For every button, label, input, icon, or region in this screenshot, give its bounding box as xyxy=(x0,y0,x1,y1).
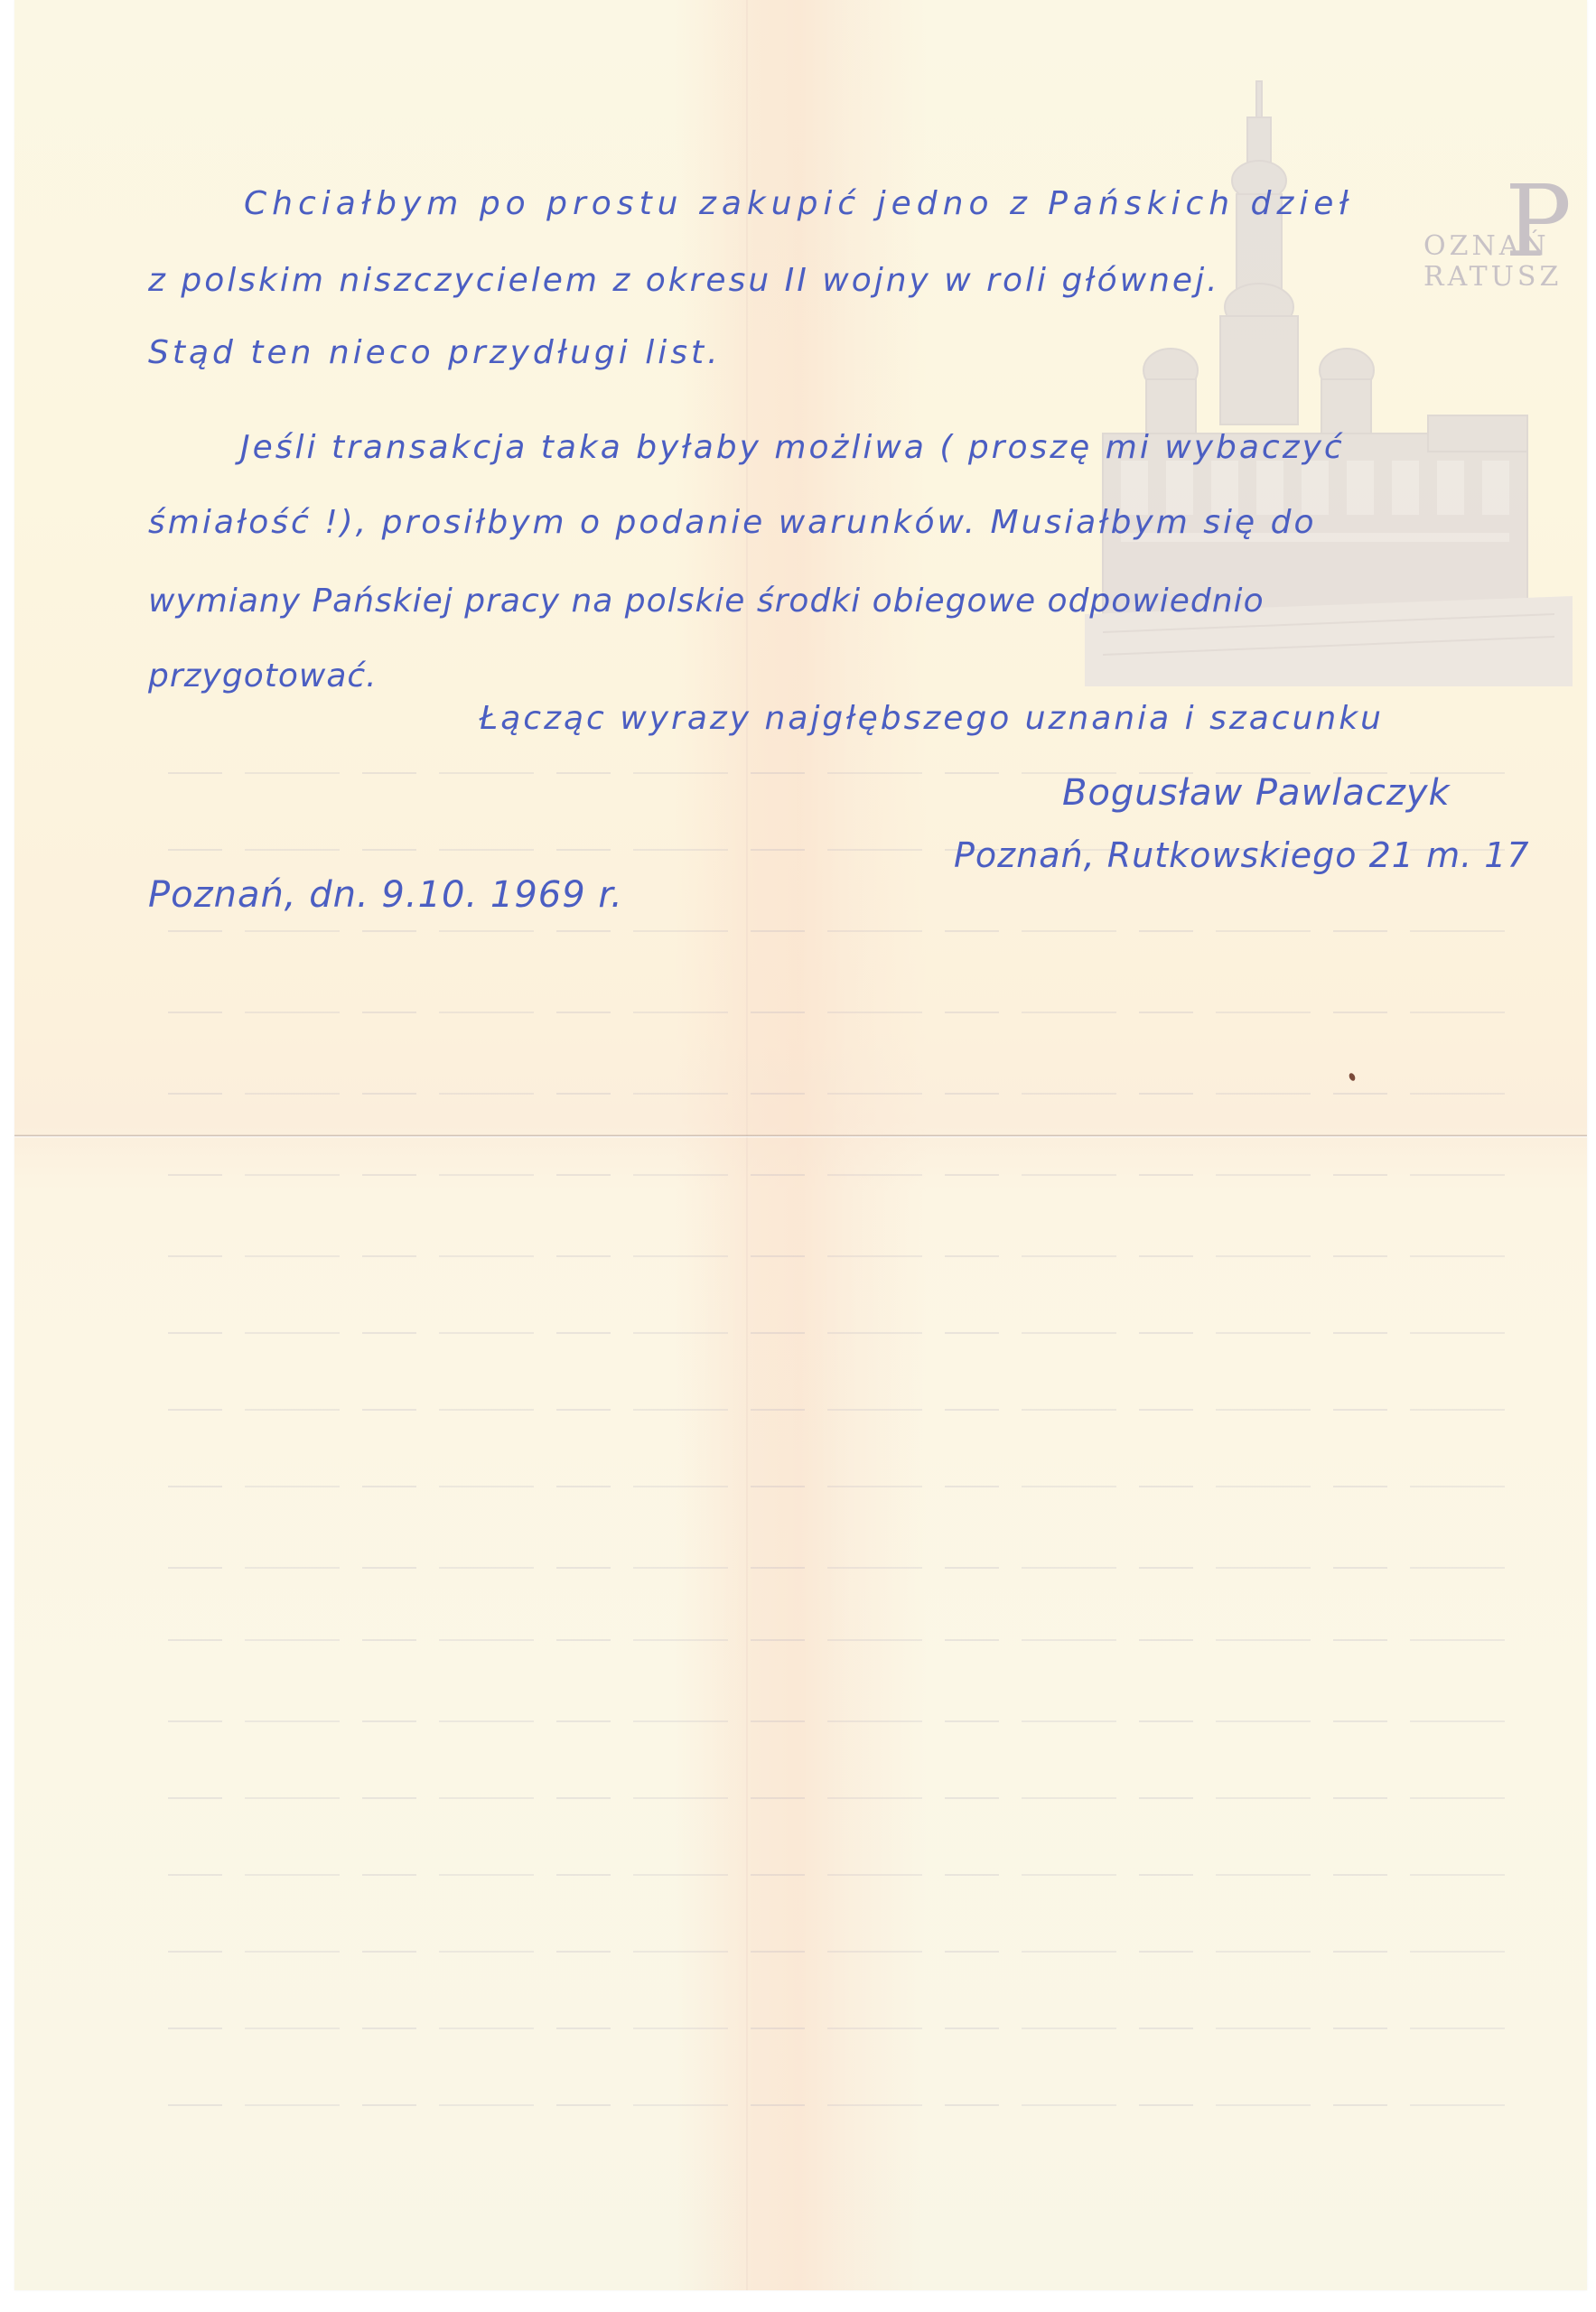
bleed-through-line xyxy=(168,930,1523,932)
bleed-through-line xyxy=(168,1567,1523,1569)
signature: Bogusław Pawlaczyk xyxy=(1062,772,1451,814)
bleed-through-line xyxy=(168,1486,1523,1487)
bleed-through-line xyxy=(168,1409,1523,1411)
sender-address: Poznań, Rutkowskiego 21 m. 17 xyxy=(954,835,1530,875)
body-line-5: śmiałość !), prosiłbym o podanie warunkó… xyxy=(148,504,1316,541)
bleed-through-line xyxy=(168,1332,1523,1334)
body-line-4: Jeśli transakcja taka byłaby możliwa ( p… xyxy=(240,429,1345,466)
body-line-1: Chciałbym po prostu zakupić jedno z Pańs… xyxy=(244,185,1354,222)
body-line-2: z polskim niszczycielem z okresu II wojn… xyxy=(148,262,1220,299)
body-line-7: przygotować. xyxy=(148,657,378,695)
bleed-through-line xyxy=(168,1720,1523,1722)
bleed-through-line xyxy=(168,1874,1523,1876)
bleed-through-line xyxy=(168,1255,1523,1257)
date-line: Poznań, dn. 9.10. 1969 r. xyxy=(148,874,623,916)
letter-page: P OZNAŃ RATUSZ Chciałbym po prostu zakup… xyxy=(14,0,1587,2290)
bleed-through-line xyxy=(168,2104,1523,2106)
body-line-3: Stąd ten nieco przydługi list. xyxy=(148,334,722,371)
closing-line: Łącząc wyrazy najgłębszego uznania i sza… xyxy=(480,700,1384,737)
bleed-through-line xyxy=(168,1011,1523,1013)
bleed-through-line xyxy=(168,2028,1523,2029)
horizontal-fold-line xyxy=(14,1134,1587,1138)
bleed-through-line xyxy=(168,1797,1523,1799)
ink-speck xyxy=(1348,1072,1356,1082)
vertical-crease xyxy=(746,0,748,2290)
bleed-through-line xyxy=(168,1639,1523,1641)
letterhead-line-place: RATUSZ xyxy=(1423,264,1562,291)
bleed-through-line xyxy=(168,1174,1523,1176)
bleed-through-line xyxy=(168,1951,1523,1953)
letterhead-line-city: OZNAŃ xyxy=(1423,233,1550,260)
body-line-6: wymiany Pańskiej pracy na polskie środki… xyxy=(148,583,1265,620)
bleed-through-line xyxy=(168,1093,1523,1095)
